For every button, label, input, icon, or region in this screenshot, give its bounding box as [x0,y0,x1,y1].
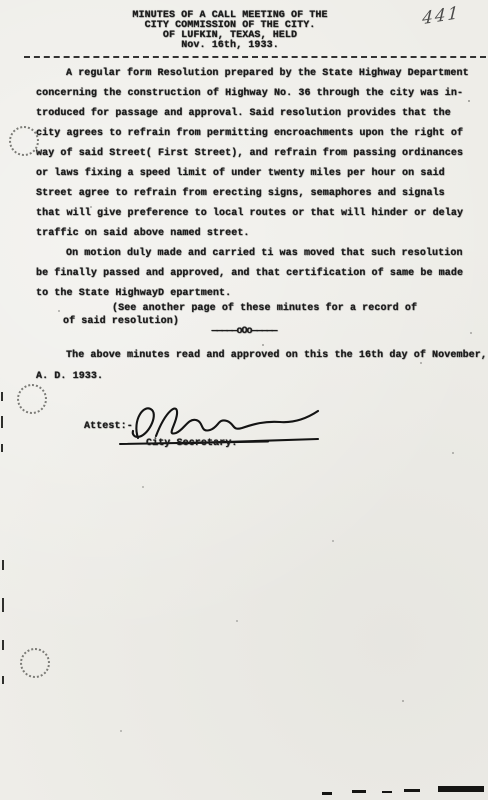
scan-smudge [352,790,366,793]
scan-speck [470,332,472,334]
body-line: be finally passed and approved, and that… [36,264,466,284]
scan-edge-mark [2,560,4,570]
scan-edge-mark [1,392,3,401]
body-line: A regular form Resolution prepared by th… [36,64,466,84]
scan-speck [452,452,454,454]
body-line: On motion duly made and carried ti was m… [36,244,466,264]
body-line: A. D. 1933. [36,366,466,387]
scan-edge-mark [1,416,3,428]
hole-punch [20,648,50,678]
scan-speck [142,486,144,488]
scan-smudge [382,791,392,793]
body-line: that will give preference to local route… [36,204,466,224]
scan-speck [58,310,60,312]
scan-speck [90,206,92,208]
scan-speck [468,100,470,102]
approval-paragraph: The above minutes read and approved on t… [36,345,466,387]
dashed-divider-line [24,56,486,58]
scan-smudge [322,792,332,795]
signature-title: City Secretary. [146,438,238,449]
body-line: to the State HighwayD epartment. [36,284,466,304]
body-line: troduced for passage and approval. Said … [36,104,466,124]
scan-smudge [438,786,484,792]
body-line: or laws fixing a speed limit of under tw… [36,164,466,184]
hole-punch [17,384,47,414]
scan-speck [236,620,238,622]
scan-edge-mark [2,598,4,612]
scan-edge-mark [2,676,4,684]
scan-speck [402,700,404,702]
body-line: city agrees to refrain from permitting e… [36,124,466,144]
document-body: A regular form Resolution prepared by th… [36,64,466,304]
scan-speck [120,730,122,732]
hole-punch [9,126,39,156]
ooo-divider: —————oOo————— [0,326,488,337]
body-line: way of said Street( First Street), and r… [36,144,466,164]
note-line: (See another page of these minutes for a… [36,302,466,315]
scan-edge-mark [2,640,4,650]
body-line: Street agree to refrain from erecting si… [36,184,466,204]
parenthetical-note: (See another page of these minutes for a… [36,302,466,328]
scan-speck [332,540,334,542]
scan-edge-mark [1,444,3,452]
scan-speck [420,362,422,364]
scanned-minutes-page: 441 MINUTES OF A CALL MEETING OF THE CIT… [0,0,488,800]
scan-speck [262,344,264,346]
scan-smudge [404,789,420,792]
body-line: concerning the construction of Highway N… [36,84,466,104]
body-line: The above minutes read and approved on t… [36,345,466,366]
body-line: traffic on said above named street. [36,224,466,244]
document-header: MINUTES OF A CALL MEETING OF THE CITY CO… [20,11,440,51]
header-line: Nov. 16th, 1933. [20,41,440,51]
